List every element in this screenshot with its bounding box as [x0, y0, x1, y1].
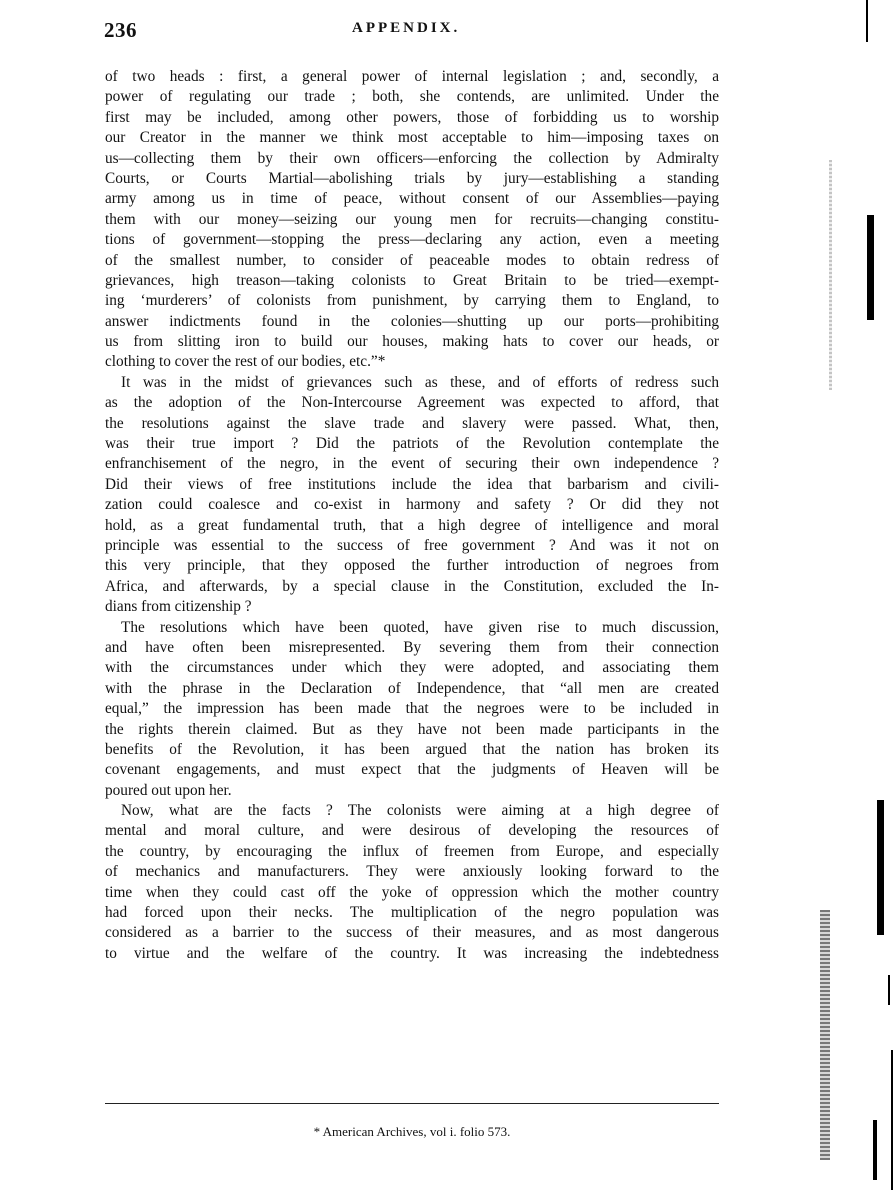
text-line: Did their views of free institutions inc… — [105, 475, 719, 495]
running-head: APPENDIX. — [352, 20, 460, 37]
text-line: time when they could cast off the yoke o… — [105, 883, 719, 903]
text-line: answer indictments found in the colonies… — [105, 312, 719, 332]
text-line: was their true import ? Did the patriots… — [105, 434, 719, 454]
text-line: us—collecting them by their own officers… — [105, 149, 719, 169]
text-line: and have often been misrepresented. By s… — [105, 638, 719, 658]
text-line: Africa, and afterwards, by a special cla… — [105, 577, 719, 597]
scan-edge-mark — [867, 215, 874, 320]
text-line: us from slitting iron to build our house… — [105, 332, 719, 352]
text-line: them with our money—seizing our young me… — [105, 210, 719, 230]
text-line: Courts, or Courts Martial—abolishing tri… — [105, 169, 719, 189]
page-number: 236 — [104, 18, 137, 43]
text-line: benefits of the Revolution, it has been … — [105, 740, 719, 760]
body-text: of two heads : first, a general power of… — [105, 67, 719, 964]
text-line: covenant engagements, and must expect th… — [105, 760, 719, 780]
text-line: as the adoption of the Non-Intercourse A… — [105, 393, 719, 413]
scan-edge-mark — [891, 1050, 893, 1190]
text-line: with the circumstances under which they … — [105, 658, 719, 678]
footnote-rule — [105, 1103, 719, 1104]
text-line: had forced upon their necks. The multipl… — [105, 903, 719, 923]
footnote: * American Archives, vol i. folio 573. — [105, 1124, 719, 1140]
text-line: grievances, high treason—taking colonist… — [105, 271, 719, 291]
text-line: clothing to cover the rest of our bodies… — [105, 352, 719, 372]
text-line: poured out upon her. — [105, 781, 719, 801]
text-line: ing ‘murderers’ of colonists from punish… — [105, 291, 719, 311]
text-line: It was in the midst of grievances such a… — [105, 373, 719, 393]
text-line: of mechanics and manufacturers. They wer… — [105, 862, 719, 882]
text-line: power of regulating our trade ; both, sh… — [105, 87, 719, 107]
text-line: of two heads : first, a general power of… — [105, 67, 719, 87]
text-line: first may be included, among other power… — [105, 108, 719, 128]
text-line: considered as a barrier to the success o… — [105, 923, 719, 943]
text-line: principle was essential to the success o… — [105, 536, 719, 556]
text-line: the country, by encouraging the influx o… — [105, 842, 719, 862]
text-line: mental and moral culture, and were desir… — [105, 821, 719, 841]
text-line: of the smallest number, to consider of p… — [105, 251, 719, 271]
text-line: the resolutions against the slave trade … — [105, 414, 719, 434]
text-line: equal,” the impression has been made tha… — [105, 699, 719, 719]
text-line: The resolutions which have been quoted, … — [105, 618, 719, 638]
scan-smudge — [820, 910, 830, 1160]
text-line: Now, what are the facts ? The colonists … — [105, 801, 719, 821]
scan-edge-mark — [866, 0, 868, 42]
scan-edge-mark — [877, 800, 884, 935]
text-line: zation could coalesce and co-exist in ha… — [105, 495, 719, 515]
text-line: our Creator in the manner we think most … — [105, 128, 719, 148]
scan-edge-mark — [888, 975, 890, 1005]
text-line: tions of government—stopping the press—d… — [105, 230, 719, 250]
text-line: army among us in time of peace, without … — [105, 189, 719, 209]
text-line: this very principle, that they opposed t… — [105, 556, 719, 576]
scan-edge-mark — [873, 1120, 877, 1180]
text-line: with the phrase in the Declaration of In… — [105, 679, 719, 699]
text-line: to virtue and the welfare of the country… — [105, 944, 719, 964]
text-line: the rights therein claimed. But as they … — [105, 720, 719, 740]
scan-smudge — [829, 160, 832, 390]
page-header: 236 APPENDIX. — [104, 14, 724, 44]
text-line: hold, as a great fundamental truth, that… — [105, 516, 719, 536]
text-line: dians from citizenship ? — [105, 597, 719, 617]
text-line: enfranchisement of the negro, in the eve… — [105, 454, 719, 474]
